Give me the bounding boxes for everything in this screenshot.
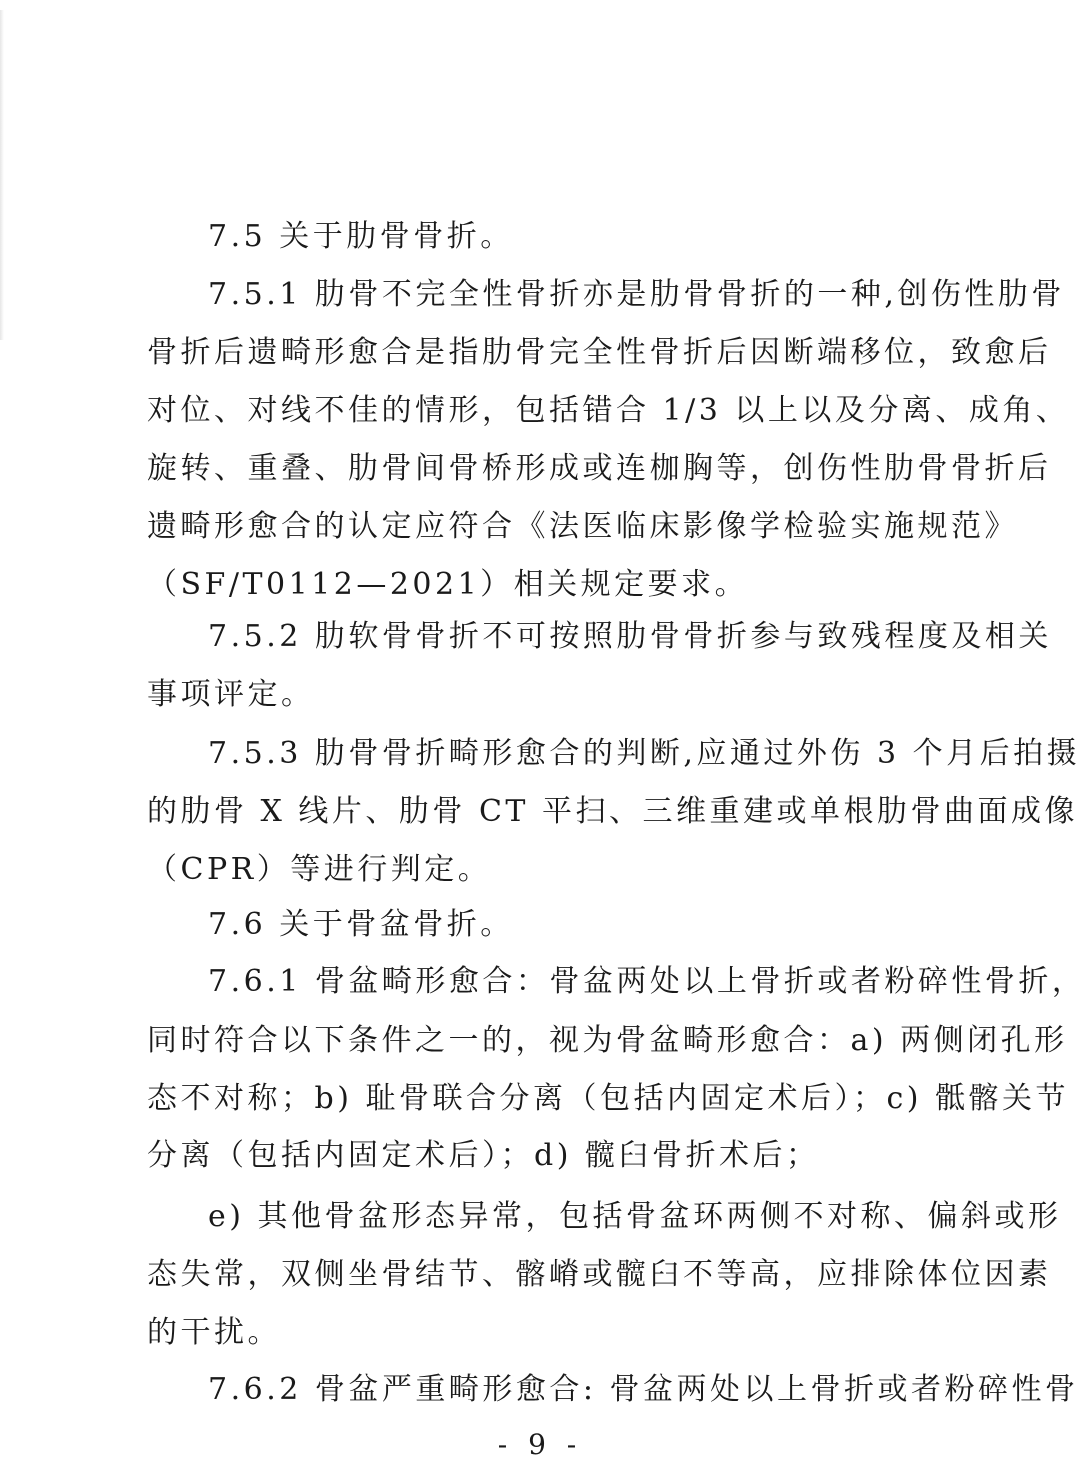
paragraph-7-5-1-line: 遗畸形愈合的认定应符合《法医临床影像学检验实施规范》: [147, 507, 942, 547]
paragraph-7-5-2-line: 7.5.2 肋软骨骨折不可按照肋骨骨折参与致残程度及相关: [147, 617, 942, 657]
paragraph-7-6-1-line: 分离（包括内固定术后）；d) 髋臼骨折术后；: [147, 1136, 942, 1176]
paragraph-7-6-1-line: 态不对称；b) 耻骨联合分离（包括内固定术后）；c) 骶髂关节: [147, 1079, 942, 1119]
paragraph-7-5-1-line: 旋转、重叠、肋骨间骨桥形成或连枷胸等，创伤性肋骨骨折后: [147, 449, 942, 489]
paragraph-7-6-1-line: 同时符合以下条件之一的，视为骨盆畸形愈合：a) 两侧闭孔形: [147, 1021, 942, 1061]
paragraph-7-5-1-line: 7.5.1 肋骨不完全性骨折亦是肋骨骨折的一种,创伤性肋骨: [147, 275, 942, 315]
paragraph-7-5-2-line: 事项评定。: [147, 675, 942, 715]
paragraph-7-5-3-line: 7.5.3 肋骨骨折畸形愈合的判断,应通过外伤 3 个月后拍摄: [147, 734, 942, 774]
paragraph-7-6-1-e-line: e) 其他骨盆形态异常，包括骨盆环两侧不对称、偏斜或形: [147, 1197, 942, 1237]
scan-edge-shadow: [0, 10, 4, 340]
page-number: - 9 -: [0, 1428, 1080, 1462]
heading-7-5: 7.5 关于肋骨骨折。: [147, 217, 942, 257]
paragraph-7-5-1-line: 对位、对线不佳的情形，包括错合 1/3 以上以及分离、成角、: [147, 391, 942, 431]
paragraph-7-5-1-line: 骨折后遗畸形愈合是指肋骨完全性骨折后因断端移位，致愈后: [147, 333, 942, 373]
paragraph-7-5-3-line: （CPR）等进行判定。: [147, 850, 942, 890]
heading-7-6: 7.6 关于骨盆骨折。: [147, 905, 942, 945]
paragraph-7-5-1-line: （SF/T0112—2021）相关规定要求。: [147, 565, 942, 605]
paragraph-7-6-1-e-line: 态失常，双侧坐骨结节、髂嵴或髋臼不等高，应排除体位因素: [147, 1255, 942, 1295]
paragraph-7-5-3-line: 的肋骨 X 线片、肋骨 CT 平扫、三维重建或单根肋骨曲面成像: [147, 792, 942, 832]
paragraph-7-6-1-line: 7.6.1 骨盆畸形愈合：骨盆两处以上骨折或者粉碎性骨折，: [147, 962, 942, 1002]
paragraph-7-6-1-e-line: 的干扰。: [147, 1313, 942, 1353]
paragraph-7-6-2-line: 7.6.2 骨盆严重畸形愈合: 骨盆两处以上骨折或者粉碎性骨: [147, 1370, 942, 1410]
